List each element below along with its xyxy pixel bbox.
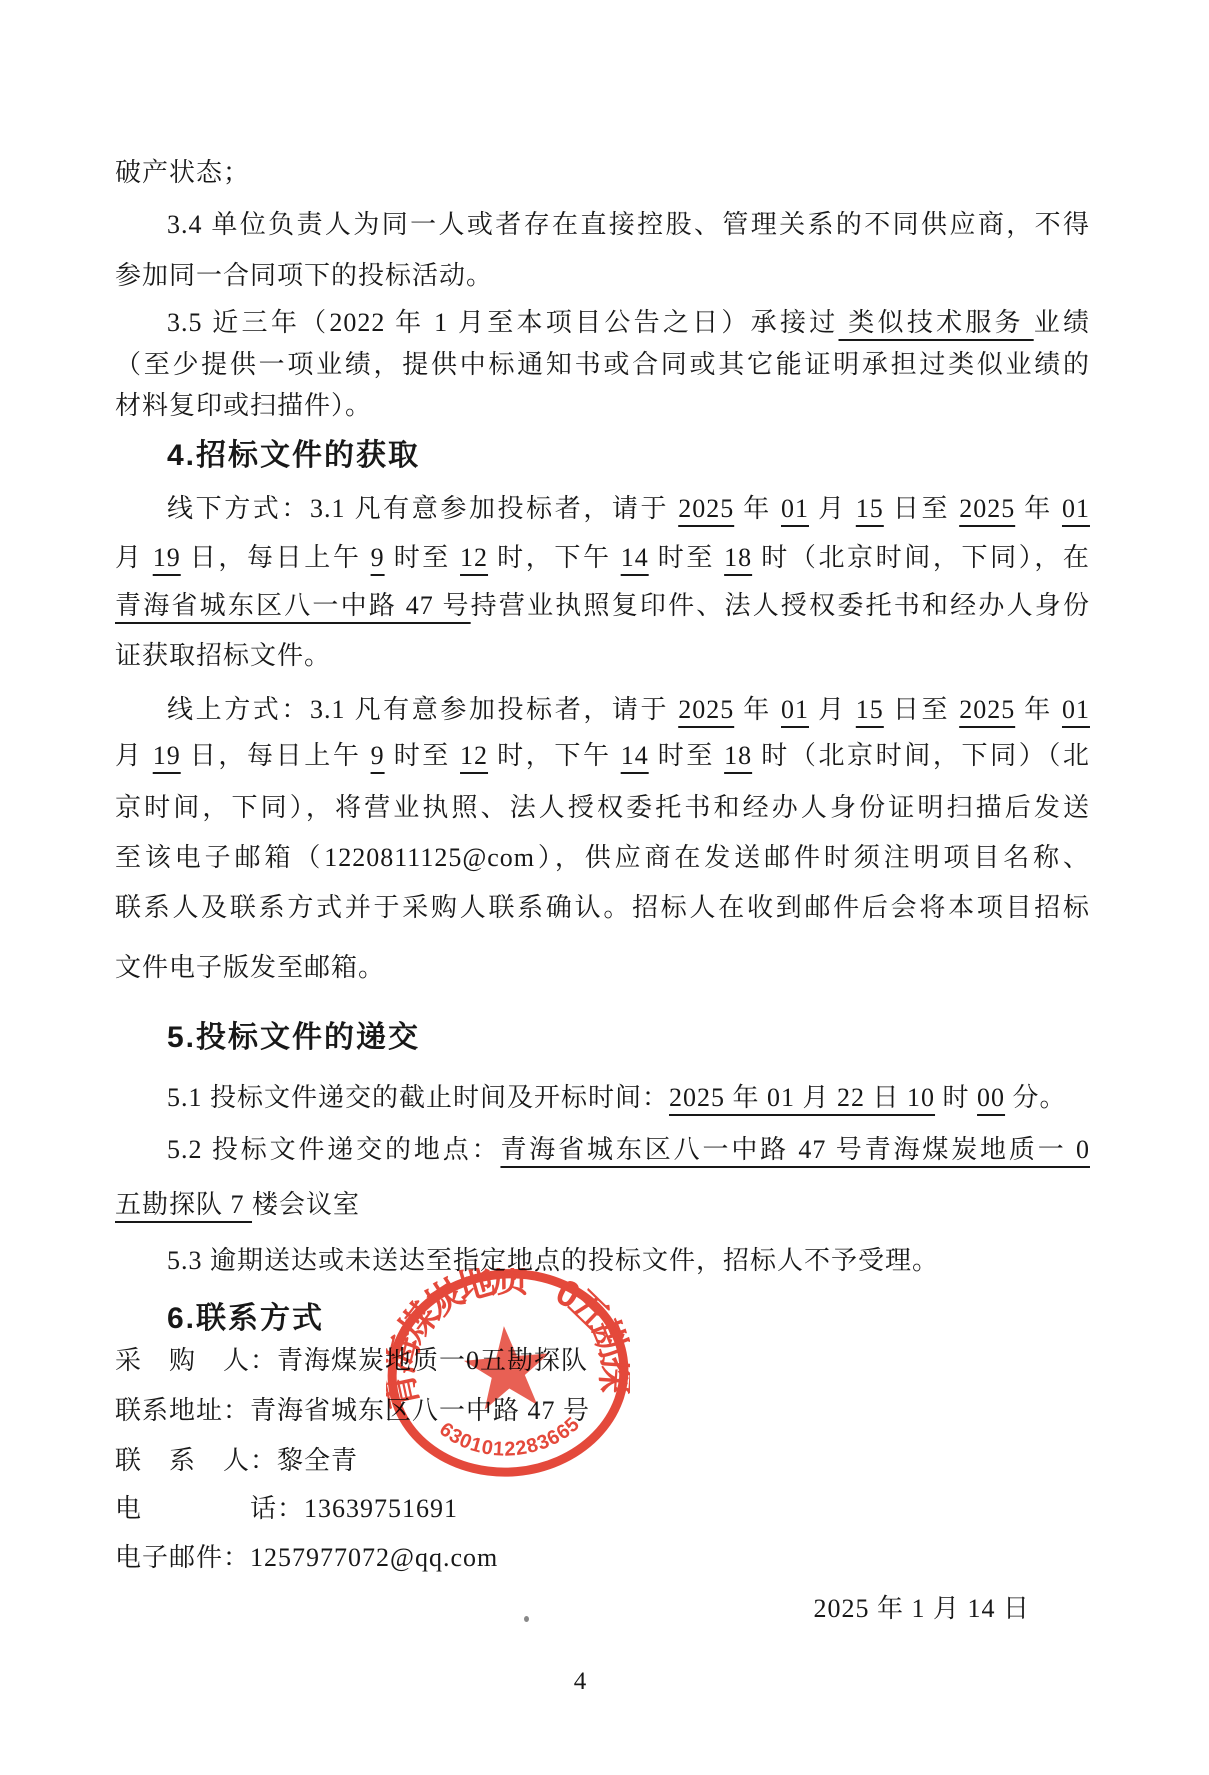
underlined-text: 五勘探队 7 [115, 1190, 252, 1219]
text-segment: 材料复印或扫描件）。 [115, 391, 372, 420]
text-segment: 时至 [649, 741, 724, 770]
text-segment: 月 [809, 494, 856, 523]
text-line: 3.5 近三年（2022 年 1 月至本项目公告之日）承接过 类似技术服务 业绩 [115, 306, 1090, 340]
underlined-text: 青海省城东区八一中路 47 号青海煤炭地质一 0 [500, 1135, 1090, 1164]
underlined-text: 18 [724, 543, 752, 572]
text-segment: 电 话：13639751691 [115, 1494, 458, 1523]
underlined-text: 12 [460, 741, 488, 770]
underlined-text: 类似技术服务 [839, 308, 1034, 337]
text-line: 参加同一合同项下的投标活动。 [115, 259, 1090, 293]
scan-speck [524, 1616, 529, 1622]
text-segment: 楼会议室 [252, 1190, 360, 1219]
underlined-text: 19 [153, 741, 181, 770]
text-segment: 5.2 投标文件递交的地点： [167, 1135, 500, 1164]
text-segment: 6.联系方式 [167, 1302, 324, 1335]
underlined-text: 19 [153, 543, 181, 572]
text-line: 电 话：13639751691 [115, 1492, 1090, 1526]
underlined-text: 2025 [678, 494, 734, 523]
star-icon [461, 1322, 553, 1411]
text-segment: 时至 [649, 543, 724, 572]
text-segment: 时 [935, 1083, 977, 1112]
underlined-text: 9 [371, 543, 385, 572]
text-segment: 线上方式：3.1 凡有意参加投标者，请于 [167, 695, 678, 724]
document-page: 破产状态；3.4 单位负责人为同一人或者存在直接控股、管理关系的不同供应商，不得… [0, 0, 1209, 1775]
text-segment: 证获取招标文件。 [115, 641, 331, 670]
text-segment: 联 系 人：黎全青 [115, 1446, 358, 1475]
underlined-text: 15 [856, 494, 884, 523]
text-line: 至该电子邮箱（1220811125@com），供应商在发送邮件时须注明项目名称、 [115, 841, 1090, 875]
text-line: 青海省城东区八一中路 47 号持营业执照复印件、法人授权委托书和经办人身份 [115, 589, 1090, 623]
text-segment: 时（北京时间，下同），在 [752, 543, 1090, 572]
date-line: 2025 年 1 月 14 日 [813, 1588, 1030, 1625]
text-segment: 破产状态； [115, 158, 250, 187]
text-line: 线下方式：3.1 凡有意参加投标者，请于 2025 年 01 月 15 日至 2… [115, 492, 1090, 526]
text-segment: 月 [115, 543, 153, 572]
underlined-text: 18 [724, 741, 752, 770]
underlined-text: 01 [781, 494, 809, 523]
text-segment: 联系人及联系方式并于采购人联系确认。招标人在收到邮件后会将本项目招标 [115, 893, 1090, 922]
underlined-text: 青海省城东区八一中路 47 号 [115, 591, 471, 620]
text-segment: 京时间，下同），将营业执照、法人授权委托书和经办人身份证明扫描后发送 [115, 793, 1090, 822]
text-segment: 文件电子版发至邮箱。 [115, 953, 385, 982]
text-segment: 参加同一合同项下的投标活动。 [115, 261, 493, 290]
section-heading: 5.投标文件的递交 [115, 1021, 1090, 1055]
text-segment: 日至 [884, 695, 959, 724]
text-segment: 月 [115, 741, 153, 770]
page-number: 4 [0, 1668, 1160, 1696]
text-line: 材料复印或扫描件）。 [115, 389, 1090, 423]
underlined-text: 2025 [959, 494, 1015, 523]
text-line: 线上方式：3.1 凡有意参加投标者，请于 2025 年 01 月 15 日至 2… [115, 693, 1090, 727]
underlined-text: 00 [977, 1083, 1005, 1112]
text-line: 5.1 投标文件递交的截止时间及开标时间：2025 年 01 月 22 日 10… [115, 1081, 1090, 1115]
text-line: 证获取招标文件。 [115, 639, 1090, 673]
text-segment: 分。 [1005, 1083, 1067, 1112]
underlined-text: 01 [781, 695, 809, 724]
official-seal-stamp: 青海煤炭地质一0五勘探队 6301012283665 [386, 1268, 630, 1478]
underlined-text: 15 [856, 695, 884, 724]
text-line: 文件电子版发至邮箱。 [115, 951, 1090, 985]
underlined-text: 12 [460, 543, 488, 572]
text-line: 电子邮件：1257977072@qq.com [115, 1541, 1090, 1575]
text-segment: 年 [734, 695, 781, 724]
text-segment: 至该电子邮箱（1220811125@com），供应商在发送邮件时须注明项目名称、 [115, 843, 1090, 872]
text-line: 联系人及联系方式并于采购人联系确认。招标人在收到邮件后会将本项目招标 [115, 891, 1090, 925]
underlined-text: 2025 年 01 月 22 日 10 [669, 1083, 935, 1112]
text-line: 5.2 投标文件递交的地点：青海省城东区八一中路 47 号青海煤炭地质一 0 [115, 1133, 1090, 1167]
text-line: 3.4 单位负责人为同一人或者存在直接控股、管理关系的不同供应商，不得 [115, 208, 1090, 242]
underlined-text: 01 [1062, 494, 1090, 523]
underlined-text: 14 [621, 543, 649, 572]
text-segment: 3.4 单位负责人为同一人或者存在直接控股、管理关系的不同供应商，不得 [167, 210, 1090, 239]
text-segment: 日至 [884, 494, 959, 523]
text-segment: 时（北京时间，下同）（北 [752, 741, 1090, 770]
text-segment: 时至 [385, 543, 460, 572]
text-segment: 时，下午 [488, 543, 621, 572]
text-line: 月 19 日，每日上午 9 时至 12 时，下午 14 时至 18 时（北京时间… [115, 739, 1090, 773]
underlined-text: 14 [621, 741, 649, 770]
text-segment: 电子邮件：1257977072@qq.com [115, 1543, 498, 1572]
text-line: 破产状态； [115, 156, 1090, 190]
text-segment: 年 [734, 494, 781, 523]
text-segment: 年 [1015, 695, 1062, 724]
underlined-text: 2025 [959, 695, 1015, 724]
underlined-text: 9 [371, 741, 385, 770]
text-segment: 3.5 近三年（2022 年 1 月至本项目公告之日）承接过 [167, 308, 839, 337]
text-segment: 时至 [385, 741, 460, 770]
text-segment: （至少提供一项业绩，提供中标通知书或合同或其它能证明承担过类似业绩的 [115, 350, 1090, 379]
text-segment: 持营业执照复印件、法人授权委托书和经办人身份 [471, 591, 1090, 620]
underlined-text: 2025 [678, 695, 734, 724]
section-heading: 4.招标文件的获取 [115, 439, 1090, 473]
text-line: 五勘探队 7 楼会议室 [115, 1188, 1090, 1222]
text-segment: 线下方式：3.1 凡有意参加投标者，请于 [167, 494, 678, 523]
text-segment: 日，每日上午 [181, 543, 371, 572]
text-line: 京时间，下同），将营业执照、法人授权委托书和经办人身份证明扫描后发送 [115, 791, 1090, 825]
text-segment: 业绩 [1034, 308, 1090, 337]
text-line: 月 19 日，每日上午 9 时至 12 时，下午 14 时至 18 时（北京时间… [115, 541, 1090, 575]
text-segment: 年 [1015, 494, 1062, 523]
text-segment: 5.投标文件的递交 [167, 1021, 420, 1054]
text-segment: 时，下午 [488, 741, 621, 770]
underlined-text: 01 [1062, 695, 1090, 724]
text-segment: 月 [809, 695, 856, 724]
text-segment: 5.1 投标文件递交的截止时间及开标时间： [167, 1083, 669, 1112]
text-segment: 4.招标文件的获取 [167, 439, 420, 472]
text-segment: 日，每日上午 [181, 741, 371, 770]
text-line: （至少提供一项业绩，提供中标通知书或合同或其它能证明承担过类似业绩的 [115, 348, 1090, 382]
